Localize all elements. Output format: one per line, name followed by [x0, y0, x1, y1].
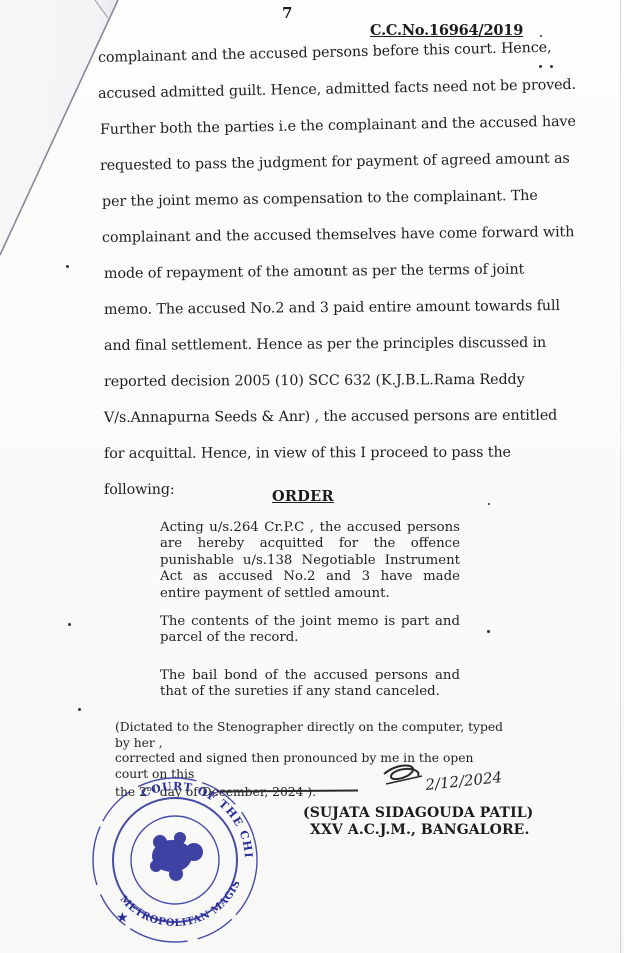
- scan-speck: [540, 35, 542, 37]
- order-paragraph-bail-bond: The bail bond of the accused persons and…: [160, 668, 460, 701]
- order-paragraph-acquittal: Acting u/s.264 Cr.P.C , the accused pers…: [160, 520, 460, 602]
- dictation-line-1: (Dictated to the Stenographer directly o…: [115, 720, 510, 751]
- scan-speck: [539, 65, 542, 68]
- body-line: following:: [104, 482, 175, 498]
- judge-designation: XXV A.C.J.M., BANGALORE.: [310, 822, 529, 838]
- handwritten-date: 2/12/2024: [424, 768, 503, 794]
- body-line: V/s.Annapurna Seeds & Anr) , the accused…: [104, 408, 557, 426]
- svg-text:★: ★: [116, 910, 129, 926]
- judge-name: (SUJATA SIDAGOUDA PATIL): [303, 805, 533, 821]
- scan-speck: [487, 630, 490, 633]
- scan-speck: [78, 708, 81, 711]
- page-number: 7: [282, 4, 292, 22]
- order-paragraph-joint-memo: The contents of the joint memo is part a…: [160, 614, 460, 647]
- case-number: C.C.No.16964/2019: [370, 22, 523, 39]
- body-line: for acquittal. Hence, in view of this I …: [104, 445, 511, 462]
- order-heading: ORDER: [272, 488, 334, 505]
- court-seal-icon: COURT OF THE CHIEF METROPOLITAN MAGISTRA…: [80, 770, 270, 950]
- page-edge: [620, 0, 621, 953]
- scan-speck: [66, 265, 69, 268]
- scan-speck: [68, 623, 71, 626]
- body-line: and final settlement. Hence as per the p…: [104, 335, 546, 354]
- body-line: reported decision 2005 (10) SCC 632 (K.J…: [104, 372, 525, 390]
- handwritten-signature-icon: 2/12/2024: [378, 760, 508, 800]
- scan-speck: [488, 503, 490, 505]
- scan-speck: [550, 65, 553, 68]
- scan-speck: [325, 268, 328, 271]
